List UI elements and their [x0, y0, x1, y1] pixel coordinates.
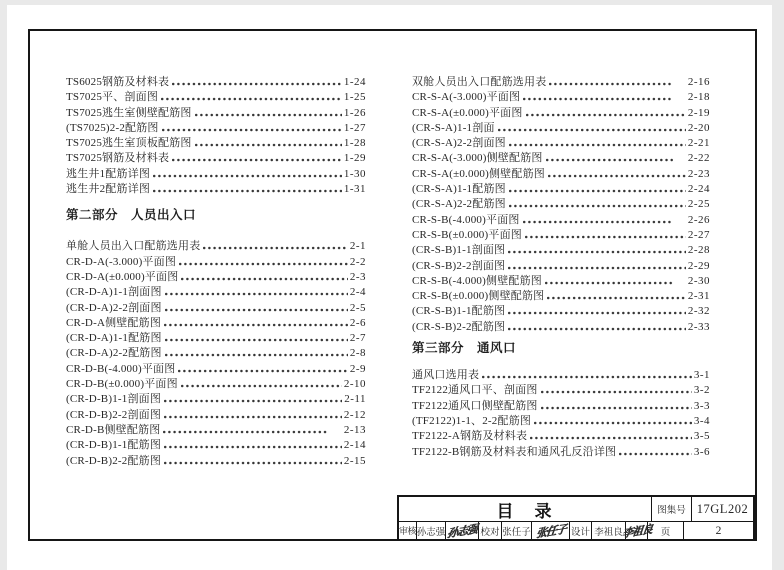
dot-leader: [181, 377, 342, 392]
dot-leader: [541, 399, 692, 414]
toc-entry-page: 2-31: [688, 289, 710, 304]
dot-leader: [523, 213, 673, 228]
toc-entry-page: 2-29: [688, 259, 710, 274]
dot-leader: [546, 151, 673, 166]
toc-entry-page: 2-32: [688, 304, 710, 319]
dot-leader: [508, 320, 686, 335]
toc-entry-page: 1-24: [344, 75, 366, 90]
toc-entry: TF2122-B钢筋及材料表和通风孔反沿详图3-6: [412, 445, 710, 460]
toc-entry-page: 2-30: [688, 274, 710, 289]
toc-entry-page: 1-27: [344, 121, 366, 136]
toc-entry: TS7025平、剖面图1-25: [66, 90, 366, 105]
scanned-document: TS6025钢筋及材料表1-24TS7025平、剖面图1-25TS7025逃生室…: [0, 0, 784, 570]
toc-entry: CR-S-B(±0.000)侧壁配筋图2-31: [412, 289, 710, 304]
dot-leader: [508, 304, 686, 319]
dot-leader: [195, 136, 342, 151]
toc-entry: CR-S-A(±0.000)侧壁配筋图2-23: [412, 167, 710, 182]
toc-entry-page: 2-8: [350, 346, 366, 361]
toc-entry-page: 1-28: [344, 136, 366, 151]
toc-entry-page: 2-6: [350, 316, 366, 331]
toc-entry-title: CR-S-B(±0.000)平面图: [412, 228, 522, 243]
dot-leader: [165, 285, 348, 300]
toc-entry-title: TS7025钢筋及材料表: [66, 151, 169, 166]
toc-entry: 通风口选用表3-1: [412, 368, 710, 383]
toc-entry-title: (CR-D-A)2-2配筋图: [66, 346, 162, 361]
toc-entry: 逃生井2配筋详图1-31: [66, 182, 366, 197]
toc-entry-page: 2-19: [688, 106, 710, 121]
toc-entry-page: 2-22: [688, 151, 710, 166]
toc-entry: 双舱人员出入口配筋选用表2-16: [412, 75, 710, 90]
toc-entry: 逃生井1配筋详图1-30: [66, 167, 366, 182]
toc-entry-title: (CR-D-B)2-2剖面图: [66, 408, 161, 423]
toc-entry-title: TS7025平、剖面图: [66, 90, 158, 105]
toc-entry-page: 2-20: [688, 121, 710, 136]
dot-leader: [153, 167, 342, 182]
toc-entry-page: 2-12: [344, 408, 366, 423]
toc-entry: (TS7025)2-2配筋图1-27: [66, 121, 366, 136]
toc-entry: (TF2122)1-1、2-2配筋图3-4: [412, 414, 710, 429]
toc-entry-page: 2-21: [688, 136, 710, 151]
toc-entry-page: 2-11: [344, 392, 366, 407]
toc-entry-page: 2-13: [344, 423, 366, 438]
dot-leader: [172, 75, 342, 90]
toc-entry: (CR-S-B)2-2配筋图2-33: [412, 320, 710, 335]
toc-entry-page: 2-9: [350, 362, 366, 377]
toc-entry: (CR-D-A)2-2配筋图2-8: [66, 346, 366, 361]
toc-entry-page: 3-1: [694, 368, 710, 383]
dot-leader: [508, 243, 686, 258]
toc-entry-page: 3-5: [694, 429, 710, 444]
toc-entry: (CR-S-A)2-2剖面图2-21: [412, 136, 710, 151]
title-block-bottom-row: 审核 孙志强 孙志强 校对 张任子 张任子 设计 李祖良 李祖良 页 2: [399, 521, 753, 539]
dot-leader: [163, 423, 328, 438]
dot-leader: [165, 301, 348, 316]
toc-entry-title: TS7025逃生室顶板配筋图: [66, 136, 192, 151]
designer-name: 李祖良: [591, 522, 625, 539]
toc-entry-page: 2-25: [688, 197, 710, 212]
dot-leader: [181, 270, 347, 285]
toc-entry-page: 3-2: [694, 383, 710, 398]
toc-entry: (CR-D-B)2-2剖面图2-12: [66, 408, 366, 423]
designer-signature: 李祖良: [625, 522, 647, 539]
toc-column-right: 双舱人员出入口配筋选用表2-16CR-S-A(-3.000)平面图2-18CR-…: [412, 75, 710, 460]
toc-entry: (CR-D-A)1-1配筋图2-7: [66, 331, 366, 346]
toc-entry-page: 1-31: [344, 182, 366, 197]
toc-entry-title: (CR-S-B)2-2配筋图: [412, 320, 505, 335]
toc-entry: CR-D-B侧壁配筋图2-13: [66, 423, 366, 438]
toc-entry: (CR-S-B)1-1配筋图2-32: [412, 304, 710, 319]
toc-entry-page: 2-10: [344, 377, 366, 392]
toc-entry-page: 2-2: [350, 255, 366, 270]
toc-entry: (CR-D-B)2-2配筋图2-15: [66, 454, 366, 469]
toc-entry-page: 2-3: [350, 270, 366, 285]
dot-leader: [525, 228, 686, 243]
toc-entry-page: 3-4: [694, 414, 710, 429]
toc-entry: CR-S-B(-4.000)侧壁配筋图2-30: [412, 274, 710, 289]
dot-leader: [530, 429, 692, 444]
toc-entry-title: 通风口选用表: [412, 368, 479, 383]
toc-entry-title: (CR-S-B)1-1剖面图: [412, 243, 505, 258]
toc-entry: (CR-D-A)2-2剖面图2-5: [66, 301, 366, 316]
dot-leader: [164, 454, 342, 469]
toc-entry: (CR-S-B)2-2剖面图2-29: [412, 259, 710, 274]
page-sheet: TS6025钢筋及材料表1-24TS7025平、剖面图1-25TS7025逃生室…: [7, 5, 772, 570]
toc-entry: CR-S-A(-3.000)侧壁配筋图2-22: [412, 151, 710, 166]
toc-entry-title: (CR-S-B)1-1配筋图: [412, 304, 505, 319]
toc-entry-title: TF2122-B钢筋及材料表和通风孔反沿详图: [412, 445, 616, 460]
dot-leader: [523, 90, 673, 105]
toc-entry-title: TS7025逃生室侧壁配筋图: [66, 106, 192, 121]
toc-entry-title: 逃生井2配筋详图: [66, 182, 150, 197]
toc-entry-page: 2-14: [344, 438, 366, 453]
toc-entry: (CR-S-A)1-1剖面2-20: [412, 121, 710, 136]
toc-entry-page: 2-24: [688, 182, 710, 197]
reviewer-label: 审核: [399, 522, 416, 539]
toc-entry: (CR-S-B)1-1剖面图2-28: [412, 243, 710, 258]
designer-label: 设计: [569, 522, 591, 539]
dot-leader: [165, 331, 348, 346]
toc-entry: TS7025钢筋及材料表1-29: [66, 151, 366, 166]
toc-entry-page: 2-5: [350, 301, 366, 316]
toc-entry-title: 双舱人员出入口配筋选用表: [412, 75, 546, 90]
toc-entry-page: 2-18: [688, 90, 710, 105]
toc-entry-page: 2-28: [688, 243, 710, 258]
toc-entry-title: (CR-D-A)2-2剖面图: [66, 301, 162, 316]
toc-entry: TF2122-A钢筋及材料表3-5: [412, 429, 710, 444]
toc-entry-title: CR-D-B(-4.000)平面图: [66, 362, 175, 377]
dot-leader: [164, 438, 342, 453]
toc-entry: (CR-D-B)1-1剖面图2-11: [66, 392, 366, 407]
toc-entry: CR-S-A(±0.000)平面图2-19: [412, 106, 710, 121]
toc-entry: CR-S-A(-3.000)平面图2-18: [412, 90, 710, 105]
signature-scribble: 孙志强: [446, 520, 478, 541]
toc-entry-title: (CR-S-A)1-1剖面: [412, 121, 495, 136]
toc-entry-title: (CR-S-A)2-2剖面图: [412, 136, 506, 151]
toc-entry-title: (TS7025)2-2配筋图: [66, 121, 159, 136]
toc-entry-title: (CR-D-B)1-1剖面图: [66, 392, 161, 407]
toc-entry-page: 2-27: [688, 228, 710, 243]
toc-entry-title: TF2122通风口平、剖面图: [412, 383, 538, 398]
dot-leader: [547, 289, 685, 304]
dot-leader: [509, 182, 686, 197]
dot-leader: [548, 167, 686, 182]
toc-entry: CR-D-B(-4.000)平面图2-9: [66, 362, 366, 377]
toc-entry-page: 3-6: [694, 445, 710, 460]
page-number: 2: [683, 522, 753, 539]
toc-entry-page: 2-1: [350, 239, 366, 254]
toc-entry-title: (TF2122)1-1、2-2配筋图: [412, 414, 531, 429]
dot-leader: [498, 121, 686, 136]
dot-leader: [165, 346, 348, 361]
dot-leader: [508, 259, 686, 274]
toc-entry-page: 2-7: [350, 331, 366, 346]
toc-entry-title: CR-D-A(±0.000)平面图: [66, 270, 178, 285]
dot-leader: [619, 445, 692, 460]
toc-entry-page: 2-16: [688, 75, 710, 90]
toc-entry: TS7025逃生室顶板配筋图1-28: [66, 136, 366, 151]
toc-entry-title: CR-S-A(±0.000)平面图: [412, 106, 523, 121]
toc-entry: CR-S-B(-4.000)平面图2-26: [412, 213, 710, 228]
toc-entry-title: (CR-S-A)2-2配筋图: [412, 197, 506, 212]
reviewer-signature: 孙志强: [445, 522, 478, 539]
section-heading: 第三部分 通风口: [412, 340, 710, 356]
toc-entry: TF2122通风口平、剖面图3-2: [412, 383, 710, 398]
dot-leader: [526, 106, 686, 121]
toc-entry-page: 1-30: [344, 167, 366, 182]
toc-entry-title: (CR-S-B)2-2剖面图: [412, 259, 505, 274]
toc-entry-page: 2-26: [688, 213, 710, 228]
atlas-number-label: 图集号: [651, 497, 691, 521]
toc-entry-title: CR-S-B(-4.000)侧壁配筋图: [412, 274, 542, 289]
dot-leader: [164, 316, 348, 331]
toc-entry: (CR-D-A)1-1剖面图2-4: [66, 285, 366, 300]
toc-entry-page: 3-3: [694, 399, 710, 414]
toc-entry-title: CR-S-B(±0.000)侧壁配筋图: [412, 289, 544, 304]
toc-entry-title: 单舱人员出入口配筋选用表: [66, 239, 200, 254]
toc-entry-title: CR-S-A(-3.000)侧壁配筋图: [412, 151, 543, 166]
toc-entry-title: TS6025钢筋及材料表: [66, 75, 169, 90]
toc-entry-title: CR-S-A(±0.000)侧壁配筋图: [412, 167, 545, 182]
dot-leader: [172, 151, 342, 166]
toc-entry-title: (CR-D-B)2-2配筋图: [66, 454, 161, 469]
toc-entry-title: CR-D-A(-3.000)平面图: [66, 255, 176, 270]
dot-leader: [545, 274, 673, 289]
toc-entry-title: (CR-D-A)1-1配筋图: [66, 331, 162, 346]
toc-entry-title: TF2122-A钢筋及材料表: [412, 429, 527, 444]
dot-leader: [482, 368, 692, 383]
title-block: 目 录 图集号 17GL202 审核 孙志强 孙志强 校对 张任子 张任子 设计…: [397, 495, 755, 541]
section-heading: 第二部分 人员出入口: [66, 207, 366, 223]
toc-entry-page: 1-25: [344, 90, 366, 105]
dot-leader: [549, 75, 672, 90]
toc-entry-page: 1-29: [344, 151, 366, 166]
reviewer-name: 孙志强: [416, 522, 445, 539]
toc-entry: 单舱人员出入口配筋选用表2-1: [66, 239, 366, 254]
toc-entry-page: 2-15: [344, 454, 366, 469]
checker-label: 校对: [478, 522, 501, 539]
dot-leader: [509, 197, 686, 212]
dot-leader: [534, 414, 692, 429]
checker-signature: 张任子: [531, 522, 569, 539]
toc-entry: CR-D-A侧壁配筋图2-6: [66, 316, 366, 331]
page-label: 页: [647, 522, 683, 539]
toc-entry-title: (CR-S-A)1-1配筋图: [412, 182, 506, 197]
dot-leader: [162, 121, 342, 136]
toc-entry-title: CR-D-B侧壁配筋图: [66, 423, 160, 438]
toc-entry-title: (CR-D-B)1-1配筋图: [66, 438, 161, 453]
toc-entry: CR-D-A(-3.000)平面图2-2: [66, 255, 366, 270]
dot-leader: [164, 408, 342, 423]
toc-entry-title: CR-D-B(±0.000)平面图: [66, 377, 178, 392]
toc-entry: CR-S-B(±0.000)平面图2-27: [412, 228, 710, 243]
toc-entry: TF2122通风口侧壁配筋图3-3: [412, 399, 710, 414]
toc-entry-page: 2-23: [688, 167, 710, 182]
signature-scribble: 张任子: [535, 520, 567, 541]
toc-entry-title: 逃生井1配筋详图: [66, 167, 150, 182]
dot-leader: [164, 392, 342, 407]
toc-entry: (CR-D-B)1-1配筋图2-14: [66, 438, 366, 453]
toc-entry: TS7025逃生室侧壁配筋图1-26: [66, 106, 366, 121]
dot-leader: [153, 182, 342, 197]
checker-name: 张任子: [501, 522, 531, 539]
toc-entry-title: CR-D-A侧壁配筋图: [66, 316, 161, 331]
toc-column-left: TS6025钢筋及材料表1-24TS7025平、剖面图1-25TS7025逃生室…: [66, 75, 366, 469]
toc-entry-page: 2-33: [688, 320, 710, 335]
dot-leader: [509, 136, 686, 151]
dot-leader: [541, 383, 692, 398]
dot-leader: [161, 90, 342, 105]
toc-entry: (CR-S-A)2-2配筋图2-25: [412, 197, 710, 212]
toc-entry: CR-D-A(±0.000)平面图2-3: [66, 270, 366, 285]
atlas-number-value: 17GL202: [691, 497, 753, 521]
toc-entry: (CR-S-A)1-1配筋图2-24: [412, 182, 710, 197]
title-block-top-row: 目 录 图集号 17GL202: [399, 497, 753, 521]
toc-entry-title: TF2122通风口侧壁配筋图: [412, 399, 538, 414]
toc-entry-page: 2-4: [350, 285, 366, 300]
toc-title: 目 录: [399, 497, 651, 521]
toc-entry: CR-D-B(±0.000)平面图2-10: [66, 377, 366, 392]
toc-entry-title: CR-S-B(-4.000)平面图: [412, 213, 520, 228]
toc-entry-title: (CR-D-A)1-1剖面图: [66, 285, 162, 300]
toc-entry: TS6025钢筋及材料表1-24: [66, 75, 366, 90]
dot-leader: [179, 255, 348, 270]
toc-entry-page: 1-26: [344, 106, 366, 121]
dot-leader: [195, 106, 342, 121]
dot-leader: [178, 362, 347, 377]
dot-leader: [203, 239, 347, 254]
toc-entry-title: CR-S-A(-3.000)平面图: [412, 90, 520, 105]
